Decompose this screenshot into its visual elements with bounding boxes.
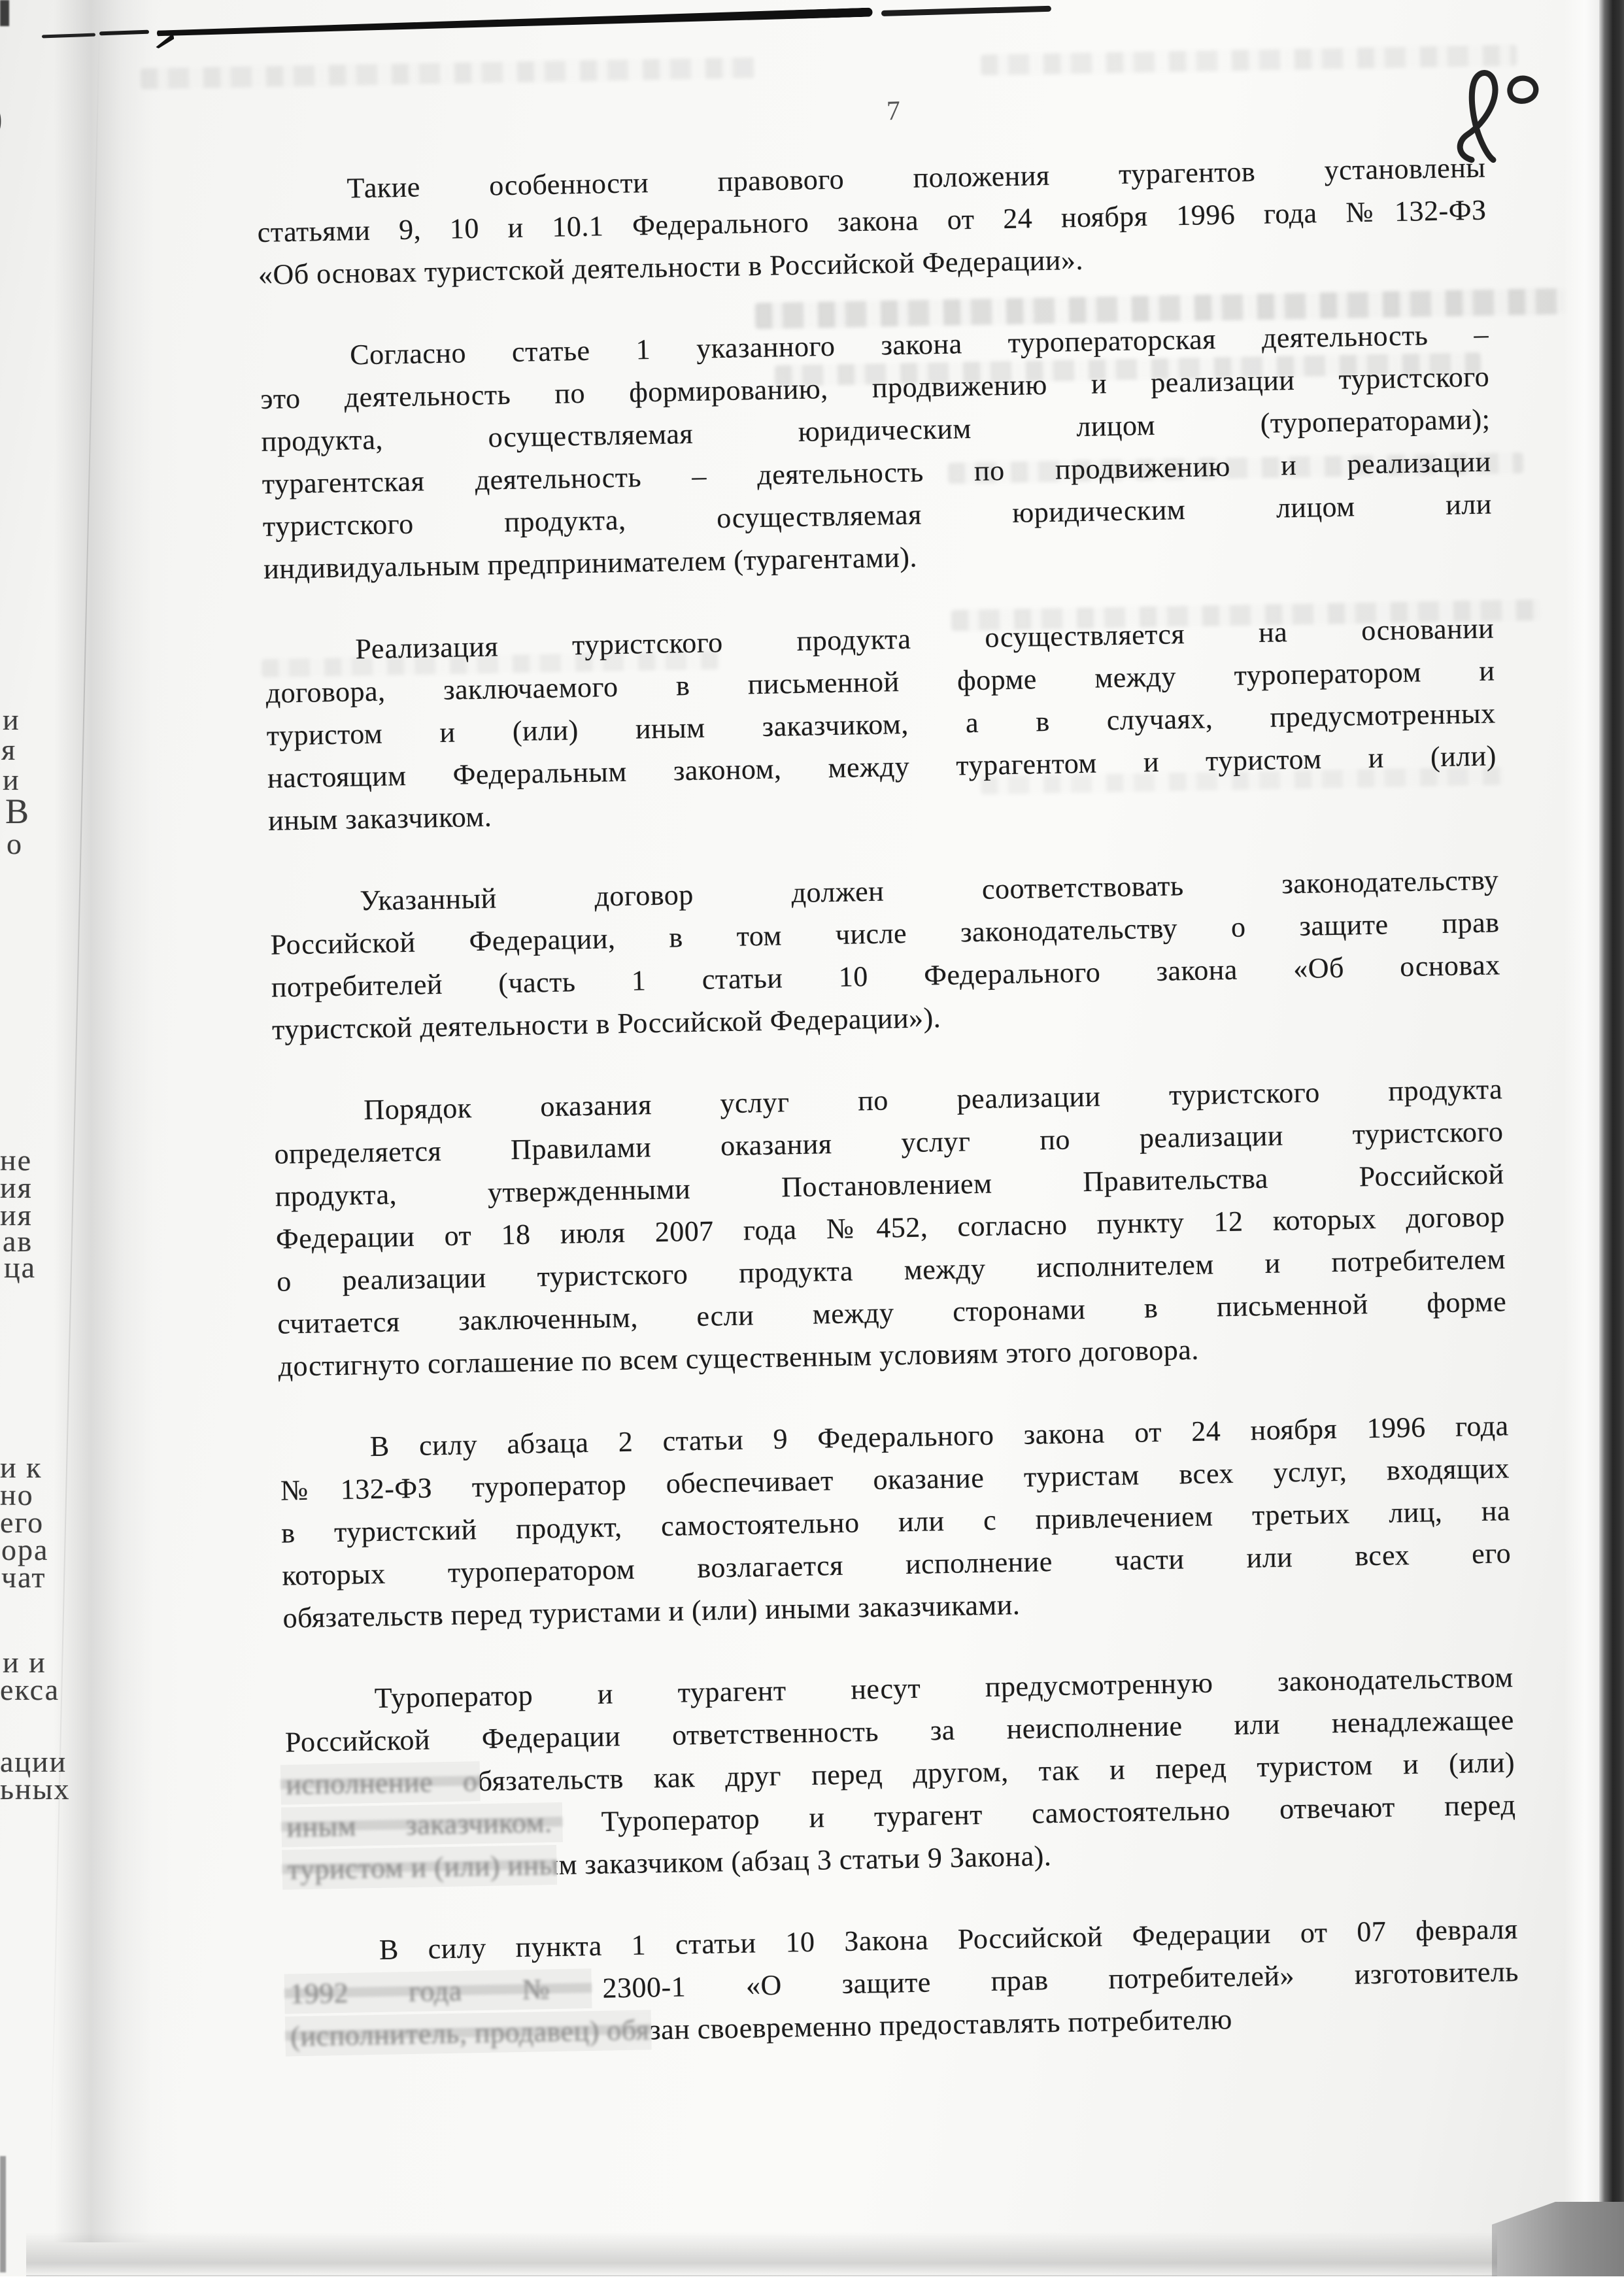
gutter-shadow	[54, 0, 178, 2242]
bleed-through-text	[981, 44, 1517, 75]
scanned-page: 7 ) и я и В о не ия ия ав ца и к но его …	[0, 0, 1624, 2294]
corner-shadow	[1492, 2202, 1624, 2278]
paragraph: В силу пункта 1 статьи 10 Закона Российс…	[288, 1908, 1519, 2057]
margin-fragment: екса	[0, 1675, 59, 1705]
margin-fragment: )	[0, 98, 4, 137]
margin-fragment: чат	[1, 1562, 46, 1593]
margin-fragment: о	[7, 829, 23, 859]
paragraph: Согласно статье 1 указанного закона туро…	[260, 313, 1493, 590]
page-number: 7	[886, 95, 901, 127]
margin-fragment: и	[3, 705, 20, 735]
document-text: Такие особенности правового положения ту…	[256, 146, 1521, 2097]
scan-streak	[881, 6, 1051, 16]
paragraph: Такие особенности правового положения ту…	[256, 146, 1487, 296]
margin-fragment: ьных	[0, 1774, 71, 1804]
bleed-through-text	[141, 57, 755, 89]
paragraph: В силу абзаца 2 статьи 9 Федерального за…	[279, 1404, 1512, 1639]
margin-fragment: я	[1, 735, 16, 765]
scan-edge-mark-bottom-left	[0, 2156, 6, 2272]
margin-fragment: В	[5, 794, 30, 829]
paragraph: Туроператор и турагент несут предусмотре…	[284, 1656, 1517, 1891]
scan-margin-bottom	[0, 2276, 1624, 2294]
paragraph: Порядок оказания услуг по реализации тур…	[273, 1068, 1508, 1387]
scan-streak	[157, 8, 873, 38]
page-bottom-shadow	[26, 2232, 1497, 2276]
page-edge-highlight	[1564, 0, 1599, 2208]
margin-fragment: ца	[4, 1253, 36, 1283]
scanner-edge-strip	[1599, 0, 1624, 2208]
margin-fragment: и	[3, 765, 20, 795]
scan-edge-mark-top-left	[0, 0, 9, 26]
paragraph: Реализация туристского продукта осуществ…	[265, 607, 1498, 841]
paragraph: Указанный договор должен соответствовать…	[269, 858, 1501, 1051]
